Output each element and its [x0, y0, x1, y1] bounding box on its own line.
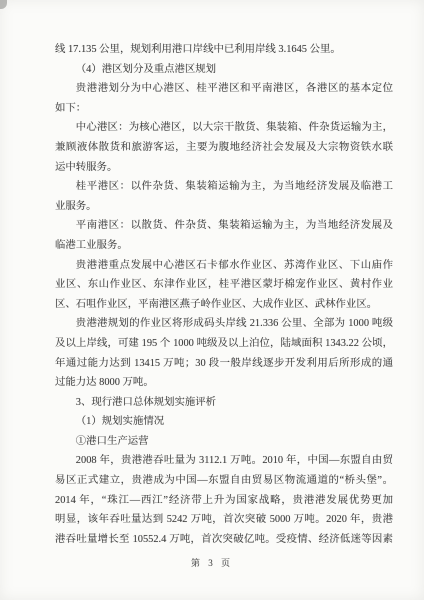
- document-line: 区、石咀作业区，平南港区燕子岭作业区、大成作业区、武林作业区。: [55, 295, 393, 315]
- document-line: 年通过能力达到 13415 万吨；30 段一般岸线逐步开发利用后所形成的通: [55, 354, 393, 374]
- document-line: 明显，该年吞吐量达到 5242 万吨，首次突破 5000 万吨。2020 年，贵…: [55, 510, 393, 530]
- document-line: 平南港区：以散货、件杂货、集装箱运输为主，为当地经济发展及: [55, 216, 393, 236]
- document-line: 桂平港区：以件杂货、集装箱运输为主，为当地经济发展及临港工: [55, 177, 393, 197]
- document-line: 临港工业服务。: [55, 236, 393, 256]
- document-line: 运中转服务。: [55, 158, 393, 178]
- document-line: 线 17.135 公里，规划利用港口岸线中已利用岸线 3.1645 公里。: [55, 40, 393, 60]
- document-line: 贵港港划分为中心港区、桂平港区和平南港区，各港区的基本定位: [55, 79, 393, 99]
- document-line: 2014 年，“珠江—西江”经济带上升为国家战略，贵港港发展优势更加: [55, 491, 393, 511]
- document-line: 易区正式建立，贵港成为中国—东盟自由贸易区物流通道的“桥头堡”。: [55, 471, 393, 491]
- document-line: 业区、东山作业区、东津作业区，桂平港区蒙圩棉宠作业区、黄村作业: [55, 275, 393, 295]
- document-line: 如下：: [55, 99, 393, 119]
- document-line: 贵港港规划的作业区将形成码头岸线 21.336 公里、全部为 1000 吨级: [55, 314, 393, 334]
- document-line: 3、现行港口总体规划实施评析: [55, 393, 393, 413]
- document-body: 线 17.135 公里，规划利用港口岸线中已利用岸线 3.1645 公里。（4）…: [55, 40, 393, 549]
- document-line: 过能力达 8000 万吨。: [55, 373, 393, 393]
- document-line: 贵港港重点发展中心港区石卡郁水作业区、苏湾作业区、下山庙作: [55, 256, 393, 276]
- document-page: 线 17.135 公里，规划利用港口岸线中已利用岸线 3.1645 公里。（4）…: [0, 0, 424, 600]
- document-line: ①港口生产运营: [55, 432, 393, 452]
- document-line: 中心港区：为核心港区，以大宗干散货、集装箱、件杂货运输为主，: [55, 118, 393, 138]
- page-number: 第 3 页: [0, 556, 424, 569]
- scan-artifact: [0, 0, 7, 9]
- document-line: 及以上岸线，可建 195 个 1000 吨级及以上泊位，陆域面积 1343.22…: [55, 334, 393, 354]
- document-line: 2008 年，贵港港吞吐量为 3112.1 万吨。2010 年，中国—东盟自由贸: [55, 451, 393, 471]
- document-line: （4）港区划分及重点港区规划: [55, 60, 393, 80]
- document-line: 业服务。: [55, 197, 393, 217]
- document-line: 兼顾液体散货和旅游客运，主要为腹地经济社会发展及大宗物资铁水联: [55, 138, 393, 158]
- document-line: （1）规划实施情况: [55, 412, 393, 432]
- document-line: 港吞吐量增长至 10552.4 万吨，首次突破亿吨。受疫情、经济低迷等因素: [55, 530, 393, 550]
